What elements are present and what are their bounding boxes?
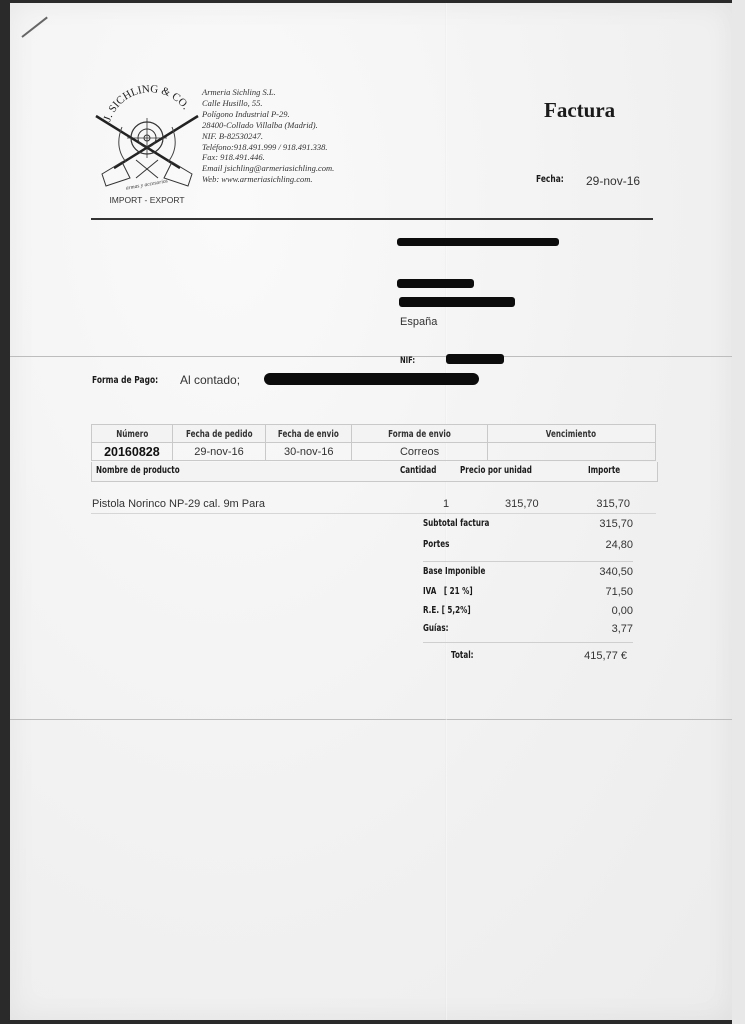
- re-label: R.E. [ 5,2%]: [423, 605, 471, 616]
- total-row: Total: 415,77 €: [423, 650, 633, 666]
- order-header-due-date: Vencimiento: [546, 429, 596, 440]
- guides-row: Guías: 3,77: [423, 623, 633, 639]
- guides-label: Guías:: [423, 623, 449, 634]
- subtotal-row: Subtotal factura 315,70: [423, 518, 633, 534]
- totals-divider: [423, 561, 633, 562]
- company-line: Fax: 918.491.446.: [202, 152, 334, 163]
- total-label: Total:: [451, 650, 474, 661]
- product-header-row: Nombre de producto Cantidad Precio por u…: [91, 462, 658, 482]
- tax-base-label: Base Imponible: [423, 566, 485, 577]
- vat-row: IVA [ 21 %] 71,50: [423, 586, 633, 602]
- guides-value: 3,77: [612, 623, 633, 635]
- redacted-nif: [446, 354, 504, 364]
- redacted-customer-name: [397, 238, 559, 246]
- company-line: Calle Husillo, 55.: [202, 98, 334, 109]
- order-info-table: Número Fecha de pedido Fecha de envio Fo…: [91, 424, 656, 461]
- re-value: 0,00: [612, 605, 633, 617]
- order-header-ship-method: Forma de envio: [388, 429, 451, 440]
- order-header-row: Número Fecha de pedido Fecha de envio Fo…: [92, 425, 656, 443]
- company-line: NIF. B-82530247.: [202, 131, 334, 142]
- redacted-address-line: [397, 279, 474, 288]
- shipping-row: Portes 24,80: [423, 539, 633, 555]
- date-label: Fecha:: [536, 174, 564, 185]
- customer-nif-label: NIF:: [400, 356, 415, 366]
- product-name: Pistola Norinco NP-29 cal. 9m Para: [92, 498, 265, 510]
- subtotal-value: 315,70: [599, 518, 633, 530]
- order-value-row: 20160828 29-nov-16 30-nov-16 Correos: [92, 443, 656, 461]
- company-line: Email jsichling@armeriasichling.com.: [202, 163, 334, 174]
- logo-arc-text: J. SICHLING & CO.: [101, 83, 191, 123]
- company-line: 28400-Collado Villalba (Madrid).: [202, 120, 334, 131]
- company-line: Teléfono:918.491.999 / 918.491.338.: [202, 142, 334, 153]
- fold-line: [10, 719, 732, 720]
- date-value: 29-nov-16: [586, 174, 640, 188]
- re-row: R.E. [ 5,2%] 0,00: [423, 605, 633, 621]
- svg-text:J. SICHLING & CO.: J. SICHLING & CO.: [101, 83, 191, 123]
- crossed-rifles-target-logo-icon: J. SICHLING & CO. armas y accesorios IMP…: [92, 82, 202, 207]
- company-address-block: Armeria Sichling S.L. Calle Husillo, 55.…: [202, 87, 334, 185]
- product-amount: 315,70: [596, 498, 630, 510]
- customer-country: España: [400, 316, 437, 328]
- shipping-value: 24,80: [605, 539, 633, 551]
- company-line: Armeria Sichling S.L.: [202, 87, 334, 98]
- product-header-unit-price: Precio por unidad: [460, 465, 532, 476]
- product-header-quantity: Cantidad: [400, 465, 436, 476]
- company-line: Web: www.armeriasichling.com.: [202, 174, 334, 185]
- payment-value: Al contado;: [180, 373, 240, 387]
- scan-edge: [732, 0, 745, 1024]
- product-row: Pistola Norinco NP-29 cal. 9m Para 1 315…: [91, 495, 656, 514]
- logo-bottom-text: IMPORT - EXPORT: [109, 195, 184, 205]
- order-header-ship-date: Fecha de envio: [278, 429, 339, 440]
- due-date: [487, 443, 655, 461]
- shipping-label: Portes: [423, 539, 449, 550]
- ship-method: Correos: [352, 443, 488, 461]
- header-divider: [91, 218, 653, 220]
- document-title: Factura: [544, 98, 615, 123]
- ship-date: 30-nov-16: [266, 443, 352, 461]
- product-unit-price: 315,70: [505, 498, 539, 510]
- order-header-order-date: Fecha de pedido: [186, 429, 253, 440]
- product-header-amount: Importe: [588, 465, 620, 476]
- subtotal-label: Subtotal factura: [423, 518, 489, 529]
- logo-inner-text: armas y accesorios: [125, 178, 168, 191]
- company-line: Polígono Industrial P-29.: [202, 109, 334, 120]
- order-header-number: Número: [116, 429, 148, 440]
- totals-divider: [423, 642, 633, 643]
- vat-value: 71,50: [605, 586, 633, 598]
- tax-base-value: 340,50: [599, 566, 633, 578]
- redacted-address-line: [399, 297, 515, 307]
- total-value: 415,77 €: [584, 650, 627, 662]
- order-date: 29-nov-16: [172, 443, 265, 461]
- product-header-name: Nombre de producto: [96, 465, 180, 476]
- invoice-number: 20160828: [92, 443, 173, 461]
- product-quantity: 1: [443, 498, 449, 510]
- vat-label: IVA [ 21 %]: [423, 586, 473, 597]
- payment-label: Forma de Pago:: [92, 375, 158, 386]
- redacted-payment-details: [264, 373, 479, 385]
- fold-line: [10, 356, 732, 357]
- tax-base-row: Base Imponible 340,50: [423, 566, 633, 582]
